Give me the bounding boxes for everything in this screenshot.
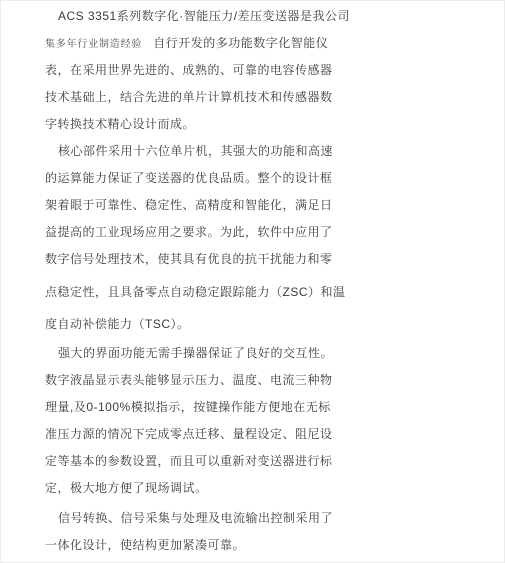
line-text: 的运算能力保证了变送器的优良品质。整个的设计框 [45, 171, 333, 185]
document-line: 数字信号处理技术，使其具有优良的抗干扰能力和零 [45, 246, 345, 273]
document-line: 架着眼于可靠性、稳定性、高精度和智能化，满足日 [45, 192, 345, 219]
line-text: ACS 3351系列数字化·智能压力/差压变送器是我公司 [58, 9, 350, 23]
line-text: 信号转换、信号采集与处理及电流输出控制采用了 [58, 511, 333, 525]
paragraph-core: 核心部件采用十六位单片机，其强大的功能和高速 的运算能力保证了变送器的优良品质。… [45, 138, 504, 338]
line-text: 表，在采用世界先进的、成熟的、可靠的电容传感器 [45, 63, 333, 77]
paragraph-signal: 信号转换、信号采集与处理及电流输出控制采用了 一体化设计，使结构更加紧凑可靠。 [45, 505, 504, 559]
small-print-prefix: 集多年行业制造经验 [45, 39, 142, 50]
line-text: 度自动补偿能力（TSC）。 [45, 317, 190, 331]
document-line: ACS 3351系列数字化·智能压力/差压变送器是我公司 [45, 3, 358, 30]
line-text: 核心部件采用十六位单片机，其强大的功能和高速 [58, 144, 333, 158]
document-line: 字转换技术精心设计而成。 [45, 111, 345, 138]
line-text: 理量,及0-100%模拟指示，按键操作能方便地在无标 [45, 400, 331, 414]
document-line: 集多年行业制造经验自行开发的多功能数字化智能仪 [45, 30, 345, 57]
document-line: 信号转换、信号采集与处理及电流输出控制采用了 [45, 505, 358, 532]
document-line: 点稳定性，且具备零点自动稳定跟踪能力（ZSC）和温 [45, 279, 345, 306]
document-line: 的运算能力保证了变送器的优良品质。整个的设计框 [45, 165, 345, 192]
line-text: 强大的界面功能无需手操器保证了良好的交互性。 [58, 346, 333, 360]
document-line: 准压力源的情况下完成零点迁移、量程设定、阻尼设 [45, 421, 345, 448]
line-text: 定等基本的参数设置，而且可以重新对变送器进行标 [45, 454, 333, 468]
paragraph-interface: 强大的界面功能无需手操器保证了良好的交互性。 数字液晶显示表头能够显示压力、温度… [45, 340, 504, 502]
document-line: 数字液晶显示表头能够显示压力、温度、电流三种物 [45, 367, 345, 394]
document-line: 理量,及0-100%模拟指示，按键操作能方便地在无标 [45, 394, 345, 421]
document-line: 度自动补偿能力（TSC）。 [45, 311, 345, 338]
line-text: 字转换技术精心设计而成。 [45, 117, 195, 131]
line-text: 架着眼于可靠性、稳定性、高精度和智能化，满足日 [45, 198, 333, 212]
document-line: 技术基础上，结合先进的单片计算机技术和传感器数 [45, 84, 345, 111]
line-text: 益提高的工业现场应用之要求。为此，软件中应用了 [45, 225, 333, 239]
paragraph-intro: ACS 3351系列数字化·智能压力/差压变送器是我公司 集多年行业制造经验自行… [45, 3, 504, 138]
document-line: 核心部件采用十六位单片机，其强大的功能和高速 [45, 138, 358, 165]
line-text: 数字液晶显示表头能够显示压力、温度、电流三种物 [45, 373, 333, 387]
line-text: 技术基础上，结合先进的单片计算机技术和传感器数 [45, 90, 333, 104]
document-line: 一体化设计，使结构更加紧凑可靠。 [45, 532, 345, 559]
line-text: 定，极大地方便了现场调试。 [45, 481, 208, 495]
document-line: 表，在采用世界先进的、成熟的、可靠的电容传感器 [45, 57, 345, 84]
document-line: 强大的界面功能无需手操器保证了良好的交互性。 [45, 340, 358, 367]
line-text: 点稳定性，且具备零点自动稳定跟踪能力（ZSC）和温 [45, 285, 346, 299]
document-line: 定，极大地方便了现场调试。 [45, 475, 345, 502]
document-line: 益提高的工业现场应用之要求。为此，软件中应用了 [45, 219, 345, 246]
line-text: 数字信号处理技术，使其具有优良的抗干扰能力和零 [45, 252, 333, 266]
line-text: 一体化设计，使结构更加紧凑可靠。 [45, 538, 245, 552]
document-page: ACS 3351系列数字化·智能压力/差压变送器是我公司 集多年行业制造经验自行… [0, 0, 505, 563]
document-line: 定等基本的参数设置，而且可以重新对变送器进行标 [45, 448, 345, 475]
line-text: 自行开发的多功能数字化智能仪 [153, 36, 328, 50]
line-text: 准压力源的情况下完成零点迁移、量程设定、阻尼设 [45, 427, 333, 441]
